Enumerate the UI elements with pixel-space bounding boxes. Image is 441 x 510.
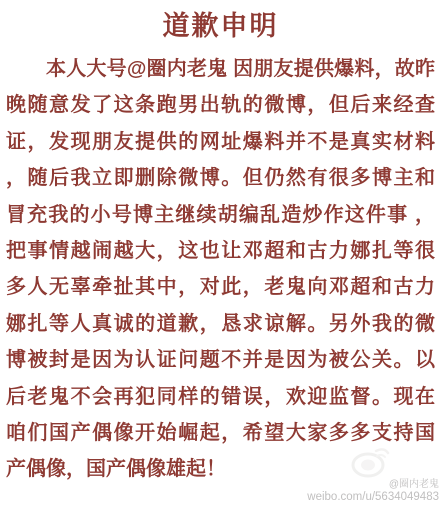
body-line: 多人无辜牵扯其中，对此，老鬼向邓超和古力 (6, 269, 435, 305)
body-line: 后老鬼不会再犯同样的错误，欢迎监督。现在 (6, 379, 435, 415)
statement-body: 本人大号@圈内老鬼 因朋友提供爆料，故昨晚随意发了这条跑男出轨的微博，但后来经查… (0, 51, 441, 488)
body-line: 博被封是因为认证问题不并是因为被公关。以 (6, 342, 435, 378)
body-line: 把事情越闹越大，这也让邓超和古力娜扎等很 (6, 233, 435, 269)
watermark-username: @圈内老鬼 (307, 479, 439, 491)
body-line: 本人大号@圈内老鬼 因朋友提供爆料，故昨 (6, 51, 435, 87)
body-line: 证，发现朋友提供的网址爆料并不是真实材料 (6, 124, 435, 160)
body-line: 冒充我的小号博主继续胡编乱造炒作这件事 ， (6, 197, 435, 233)
body-line: 晚随意发了这条跑男出轨的微博，但后来经查 (6, 87, 435, 123)
body-line: 娜扎等人真诚的道歉，恳求谅解。另外我的微 (6, 306, 435, 342)
body-line: ，随后我立即删除微博。但仍然有很多博主和 (6, 160, 435, 196)
watermark-url: weibo.com/u/5634049483 (307, 491, 439, 504)
weibo-watermark: @圈内老鬼 weibo.com/u/5634049483 (307, 479, 439, 504)
page-title: 道歉申明 (0, 4, 441, 43)
apology-statement-image: 道歉申明 本人大号@圈内老鬼 因朋友提供爆料，故昨晚随意发了这条跑男出轨的微博，… (0, 0, 441, 510)
